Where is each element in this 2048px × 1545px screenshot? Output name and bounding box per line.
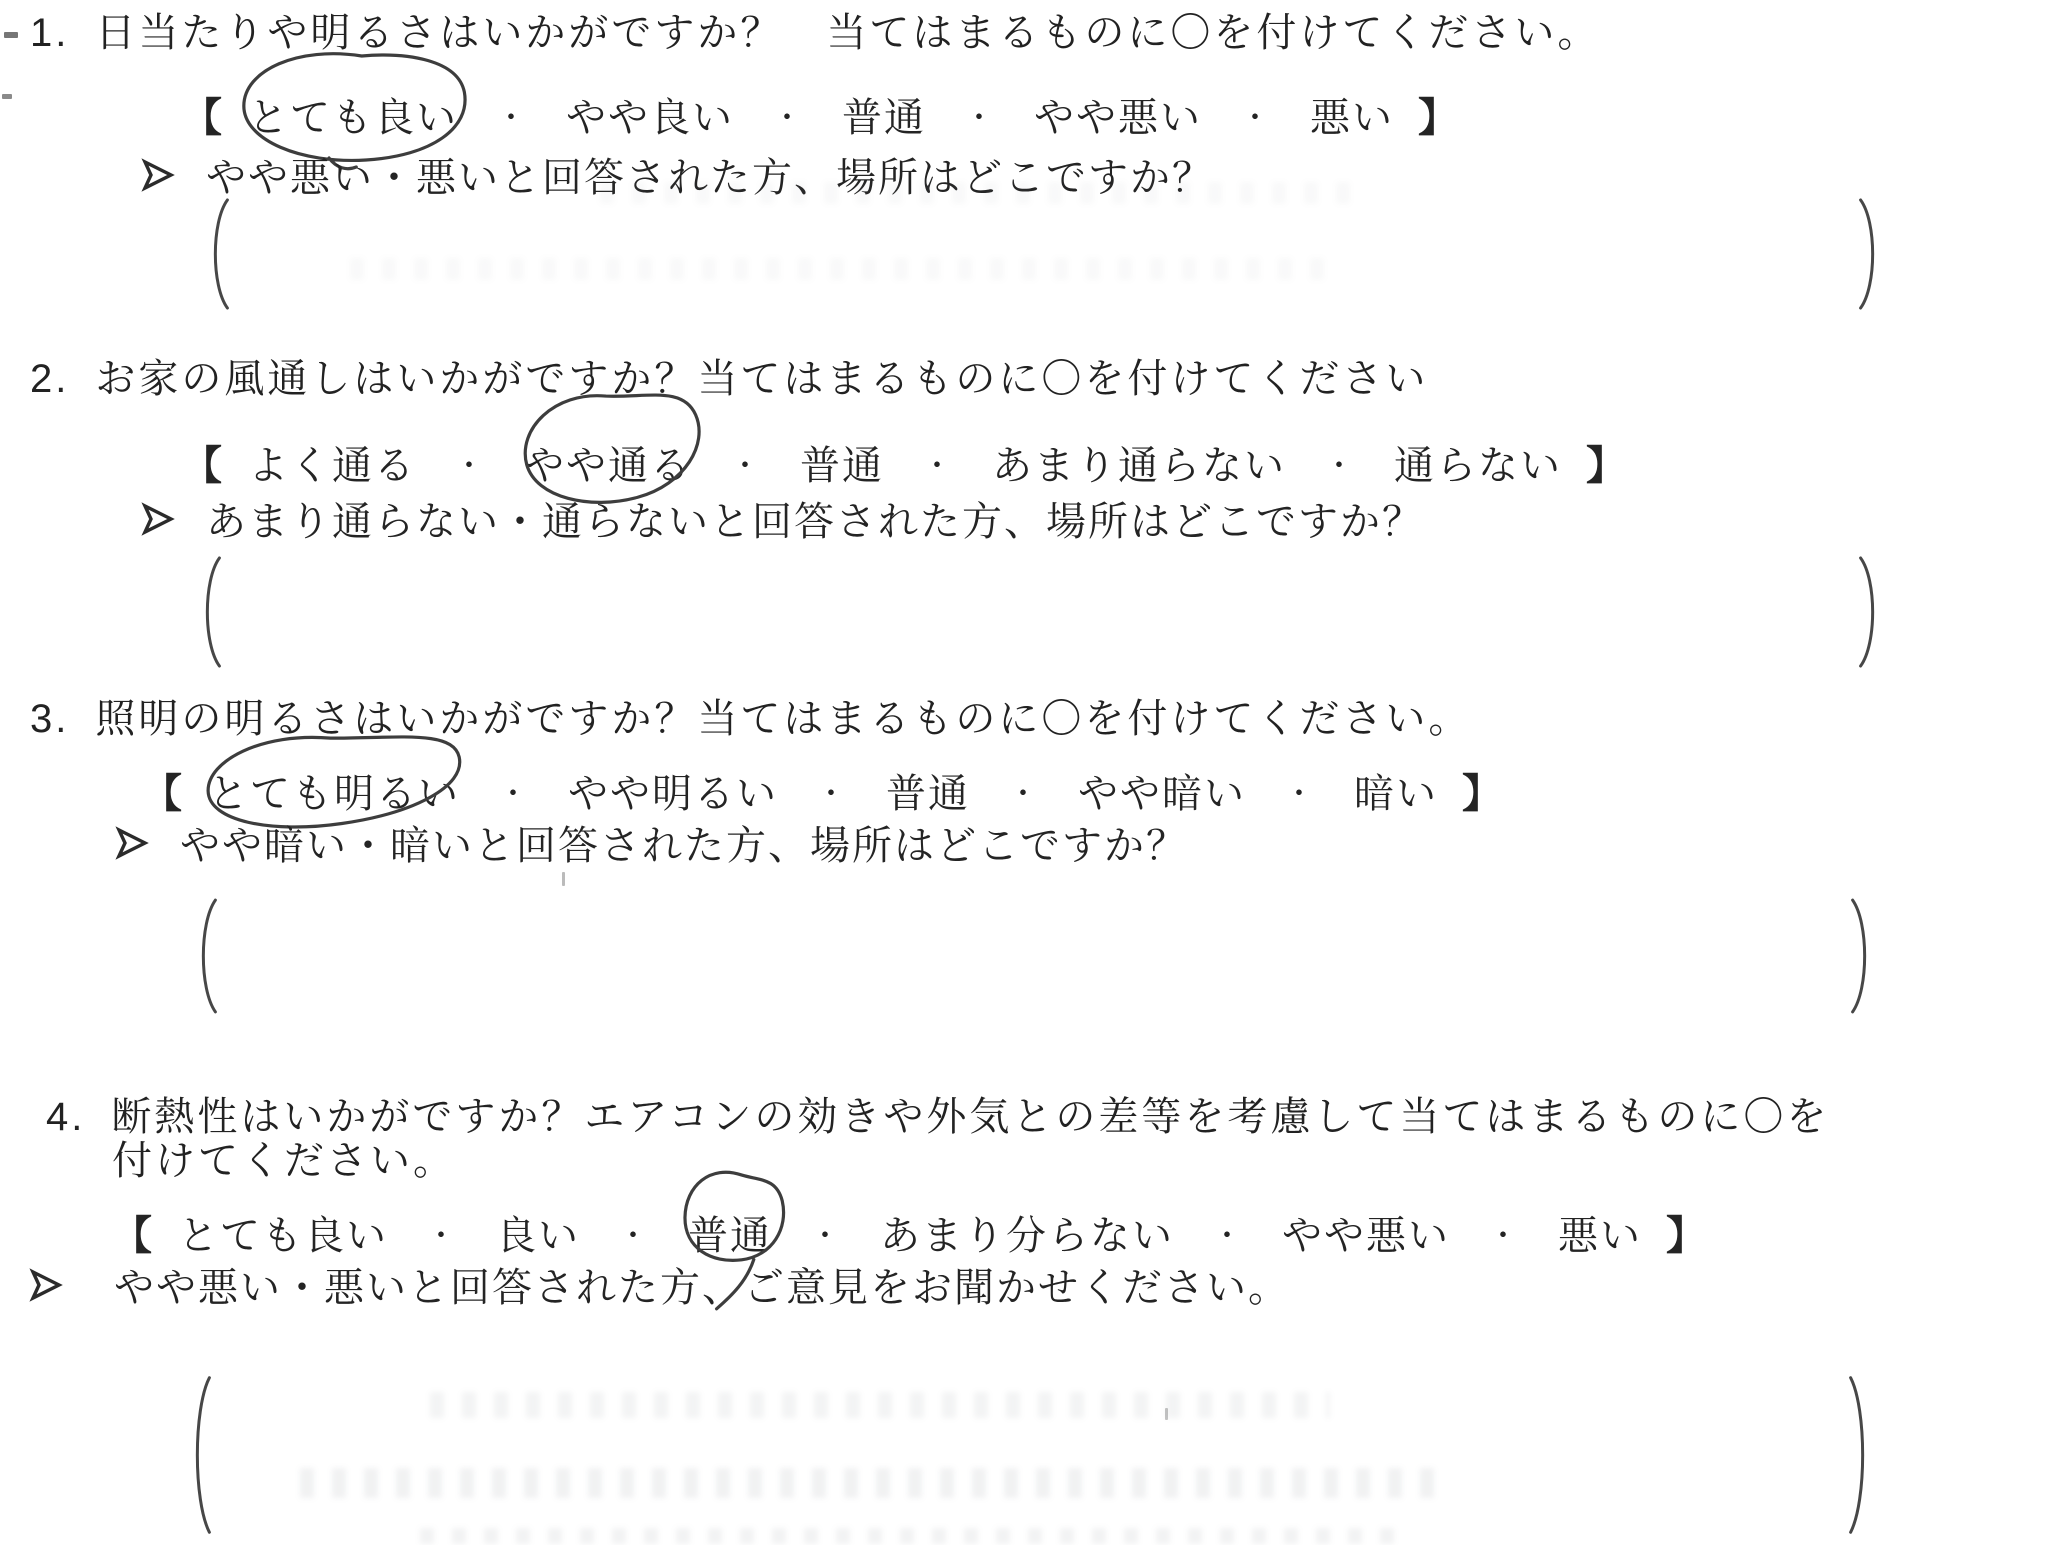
option-label: やや悪い (1282, 1204, 1450, 1261)
option-separator: ・ (426, 1211, 458, 1255)
followup-prompt: やや暗い・暗いと回答された方、場所はどこですか？ (114, 814, 1188, 871)
answer-close-paren (1844, 1372, 1878, 1538)
answer-area (182, 1372, 1878, 1538)
question-number: 3. (30, 696, 69, 742)
option-separator: ・ (730, 441, 762, 485)
bracket-open: 【 (182, 86, 224, 143)
question-text: 断熱性はいかがですか？エアコンの効きや外気との差等を考慮して当てはまるものに〇を (111, 1095, 1829, 1139)
option-separator: ・ (772, 93, 804, 137)
scan-speck (4, 32, 18, 38)
bracket-open: 【 (142, 762, 184, 819)
answer-area (188, 896, 1880, 1016)
question-number: 2. (30, 356, 69, 402)
followup-text: やや悪い・悪いと回答された方、場所はどこですか？ (206, 146, 1214, 203)
option-label: よく通る (248, 434, 416, 491)
followup-arrow-icon (140, 502, 176, 536)
bracket-open: 【 (182, 434, 224, 491)
option-label: とても明るい (208, 772, 460, 816)
options-row: 【 とても良い ・ やや良い ・ 普通 ・ やや悪い ・ 悪い 】 (182, 86, 1484, 143)
followup-arrow-icon (114, 826, 150, 860)
bracket-close: 】 (1418, 86, 1460, 143)
scan-speck (2, 94, 12, 99)
option-label: やや暗い (1078, 762, 1246, 819)
options-row: 【 とても明るい ・ やや明るい ・ 普通 ・ やや暗い ・ 暗い 】 (142, 762, 1528, 819)
option-separator: ・ (498, 769, 530, 813)
option-label: 悪い (1558, 1204, 1642, 1261)
answer-area (192, 554, 1888, 670)
option-circled: 普通 (688, 1204, 772, 1261)
option-label: とても良い (248, 96, 458, 140)
answer-close-paren (1846, 896, 1880, 1016)
options-row: 【 とても良い ・ 良い ・ 普通 ・ あまり分らない ・ やや悪い ・ 悪い … (112, 1204, 1732, 1261)
option-circled: やや通る (524, 434, 692, 491)
followup-text: あまり通らない・通らないと回答された方、場所はどこですか？ (206, 490, 1424, 547)
question-title-line2: 付けてください。 (112, 1138, 456, 1184)
option-circled: とても良い (248, 86, 458, 143)
option-label: 普通 (886, 762, 970, 819)
option-separator: ・ (618, 1211, 650, 1255)
option-label: 普通 (800, 434, 884, 491)
option-label: 普通 (688, 1214, 772, 1258)
followup-prompt: あまり通らない・通らないと回答された方、場所はどこですか？ (140, 490, 1424, 547)
answer-open-paren (192, 554, 226, 670)
option-separator: ・ (816, 769, 848, 813)
bracket-close: 】 (1666, 1204, 1708, 1261)
scan-speck (1165, 1408, 1168, 1420)
followup-arrow-icon (140, 158, 176, 192)
option-label: 暗い (1354, 762, 1438, 819)
option-label: あまり通らない (992, 434, 1286, 491)
question-title: 3.照明の明るさはいかがですか？当てはまるものに〇を付けてください。 (30, 696, 1471, 742)
question-title: 1.日当たりや明るさはいかがですか？ 当てはまるものに〇を付けてください。 (30, 10, 1600, 56)
bracket-close: 】 (1462, 762, 1504, 819)
option-label: 通らない (1394, 434, 1562, 491)
answer-area (200, 196, 1888, 312)
option-label: 良い (496, 1204, 580, 1261)
scan-speck (562, 872, 565, 886)
answer-close-paren (1854, 554, 1888, 670)
option-separator: ・ (454, 441, 486, 485)
option-separator: ・ (810, 1211, 842, 1255)
followup-text: やや暗い・暗いと回答された方、場所はどこですか？ (180, 814, 1188, 871)
question-title: 2.お家の風通しはいかがですか？当てはまるものに〇を付けてください (30, 356, 1428, 402)
option-separator: ・ (1240, 93, 1272, 137)
option-label: やや悪い (1034, 86, 1202, 143)
question-number: 4. (46, 1094, 85, 1140)
answer-open-paren (182, 1372, 216, 1538)
option-label: あまり分らない (880, 1204, 1174, 1261)
followup-arrow-icon (28, 1268, 64, 1302)
option-separator: ・ (1488, 1211, 1520, 1255)
followup-prompt: やや悪い・悪いと回答された方、ご意見をお聞かせください。 (28, 1256, 1290, 1313)
question-title: 4.断熱性はいかがですか？エアコンの効きや外気との差等を考慮して当てはまるものに… (46, 1094, 1829, 1140)
question-text: お家の風通しはいかがですか？当てはまるものに〇を付けてください (95, 357, 1428, 401)
option-label: やや通る (524, 444, 692, 488)
option-circled: とても明るい (208, 762, 460, 819)
question-text: 付けてください。 (112, 1139, 456, 1183)
option-separator: ・ (922, 441, 954, 485)
option-separator: ・ (1324, 441, 1356, 485)
option-separator: ・ (1008, 769, 1040, 813)
question-text: 日当たりや明るさはいかがですか？ 当てはまるものに〇を付けてください。 (95, 11, 1600, 55)
option-label: やや良い (566, 86, 734, 143)
option-label: やや明るい (568, 762, 778, 819)
question-number: 1. (30, 10, 69, 56)
survey-page: 1.日当たりや明るさはいかがですか？ 当てはまるものに〇を付けてください。 【 … (0, 0, 2048, 1545)
answer-open-paren (200, 196, 234, 312)
option-label: 悪い (1310, 86, 1394, 143)
followup-text: やや悪い・悪いと回答された方、ご意見をお聞かせください。 (114, 1256, 1290, 1313)
option-label: 普通 (842, 86, 926, 143)
bracket-open: 【 (112, 1204, 154, 1261)
bracket-close: 】 (1586, 434, 1628, 491)
options-row: 【 よく通る ・ やや通る ・ 普通 ・ あまり通らない ・ 通らない 】 (182, 434, 1652, 491)
followup-prompt: やや悪い・悪いと回答された方、場所はどこですか？ (140, 146, 1214, 203)
answer-close-paren (1854, 196, 1888, 312)
answer-open-paren (188, 896, 222, 1016)
option-separator: ・ (1284, 769, 1316, 813)
option-separator: ・ (964, 93, 996, 137)
question-text: 照明の明るさはいかがですか？当てはまるものに〇を付けてください。 (95, 697, 1471, 741)
option-separator: ・ (1212, 1211, 1244, 1255)
option-label: とても良い (178, 1204, 388, 1261)
option-separator: ・ (496, 93, 528, 137)
